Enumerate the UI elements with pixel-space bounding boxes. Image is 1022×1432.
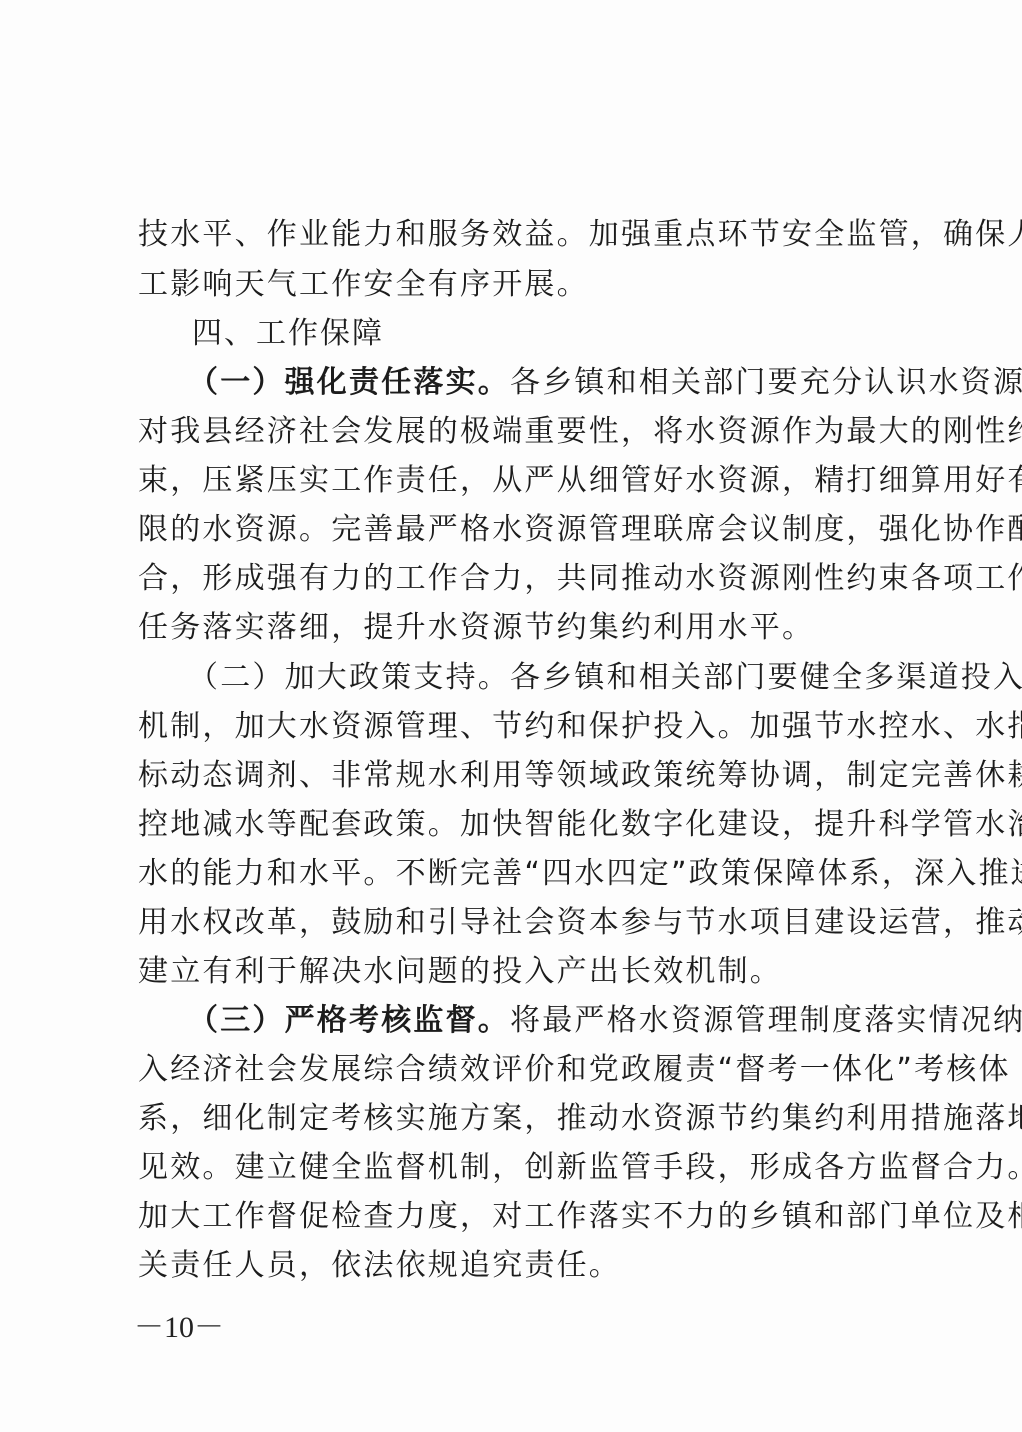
document-page: 技水平、作业能力和服务效益。加强重点环节安全监管，确保人 工影响天气工作安全有序… <box>0 0 1022 1432</box>
subsection-first-line: （三）严格考核监督。将最严格水资源管理制度落实情况纳 <box>188 1001 878 1041</box>
paragraph-line: 加大工作督促检查力度，对工作落实不力的乡镇和部门单位及相 <box>138 1197 878 1237</box>
paragraph-line: 水的能力和水平。不断完善“四水四定”政策保障体系，深入推进 <box>138 854 878 894</box>
paragraph-line: 见效。建立健全监督机制，创新监管手段，形成各方监督合力。 <box>138 1148 878 1188</box>
subsection-title: （一）强化责任落实。 <box>188 365 510 400</box>
paragraph-line: 限的水资源。完善最严格水资源管理联席会议制度，强化协作配 <box>138 510 878 550</box>
subsection-text: 将最严格水资源管理制度落实情况纳 <box>510 1003 1022 1038</box>
paragraph-line: 入经济社会发展综合绩效评价和党政履责“督考一体化”考核体 <box>138 1050 878 1090</box>
paragraph-line: 工影响天气工作安全有序开展。 <box>138 265 878 305</box>
section-heading: 四、工作保障 <box>192 314 384 354</box>
paragraph-line: 对我县经济社会发展的极端重要性，将水资源作为最大的刚性约 <box>138 412 878 452</box>
paragraph-line: 控地减水等配套政策。加快智能化数字化建设，提升科学管水治 <box>138 805 878 845</box>
subsection-title: （三）严格考核监督。 <box>188 1003 510 1038</box>
subsection-first-line: （二）加大政策支持。各乡镇和相关部门要健全多渠道投入 <box>188 658 878 698</box>
paragraph-line: 技水平、作业能力和服务效益。加强重点环节安全监管，确保人 <box>138 215 878 255</box>
paragraph-line: 建立有利于解决水问题的投入产出长效机制。 <box>138 952 878 992</box>
subsection-text: 各乡镇和相关部门要健全多渠道投入 <box>510 660 1022 695</box>
paragraph-line: 系，细化制定考核实施方案，推动水资源节约集约利用措施落地 <box>138 1099 878 1139</box>
paragraph-line: 任务落实落细，提升水资源节约集约利用水平。 <box>138 608 878 648</box>
subsection-title: （二）加大政策支持。 <box>188 660 510 695</box>
subsection-text: 各乡镇和相关部门要充分认识水资源 <box>510 365 1022 400</box>
paragraph-line: 用水权改革，鼓励和引导社会资本参与节水项目建设运营，推动 <box>138 903 878 943</box>
paragraph-line: 束，压紧压实工作责任，从严从细管好水资源，精打细算用好有 <box>138 461 878 501</box>
paragraph-line: 标动态调剂、非常规水利用等领域政策统筹协调，制定完善休耕、 <box>138 756 878 796</box>
page-number: －10－ <box>134 1308 224 1348</box>
paragraph-line: 合，形成强有力的工作合力，共同推动水资源刚性约束各项工作 <box>138 559 878 599</box>
subsection-first-line: （一）强化责任落实。各乡镇和相关部门要充分认识水资源 <box>188 363 878 403</box>
paragraph-line: 关责任人员，依法依规追究责任。 <box>138 1246 878 1286</box>
paragraph-line: 机制，加大水资源管理、节约和保护投入。加强节水控水、水指 <box>138 707 878 747</box>
